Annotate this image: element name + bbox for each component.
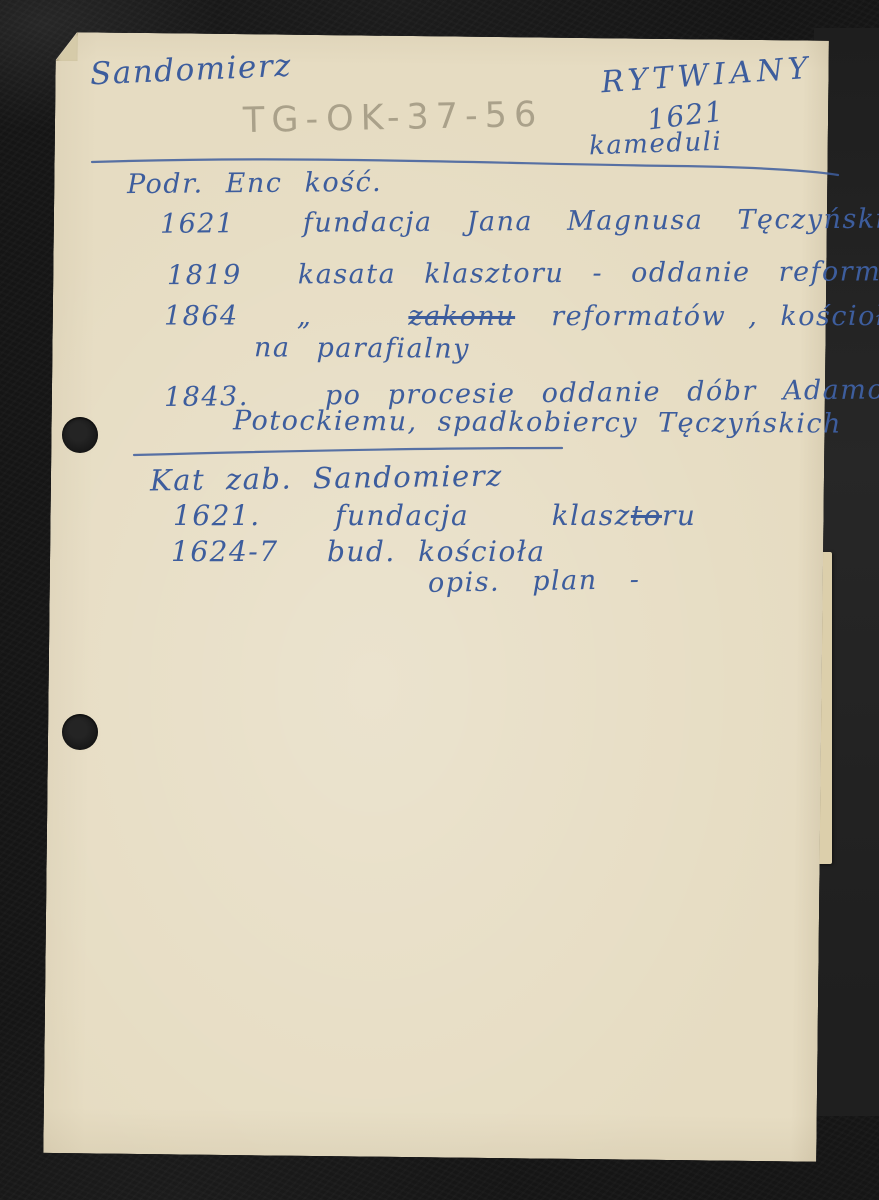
entry-text: fundacja (335, 499, 469, 532)
entry-kat-1621: 1621. fundacja klasztoru (173, 499, 696, 532)
header-rule (86, 152, 848, 184)
hole-punch-top (62, 417, 98, 453)
entry-year: 1819 (167, 260, 242, 291)
source-reference-kat: Kat zab. Sandomierz (150, 459, 503, 498)
place-title: RYTWIANY (600, 51, 814, 101)
catalog-stamp: TG-OK-37-56 (243, 95, 544, 141)
entry-text: fundacja Jana Magnusa Tęczyńskiego (303, 203, 879, 238)
ditto-mark: „ (297, 301, 313, 332)
entry-text: kasata klasztoru - oddanie reformatom (298, 256, 879, 290)
section-rule (130, 443, 568, 461)
entry-year: 1624-7 (171, 535, 279, 568)
entry-year: 1621 (160, 208, 235, 240)
handwriting-layer: Sandomierz TG-OK-37-56 RYTWIANY 1621 kam… (0, 0, 879, 1200)
entry-kat-note: opis. plan - (428, 564, 641, 599)
entry-kat-1624: 1624-7 bud. kościoła (171, 535, 546, 568)
hole-punch-bottom (62, 714, 98, 750)
entry-word-end: ru (662, 499, 696, 532)
entry-word: klasz (552, 499, 631, 532)
entry-year: 1864 (164, 301, 239, 332)
entry-text: reformatów , kościoł (551, 301, 879, 332)
entry-year: 1621. (173, 499, 261, 532)
city-title: Sandomierz (89, 48, 292, 93)
entry-1843-continuation: Potockiemu, spadkobiercy Tęczyńskich (233, 405, 842, 439)
struck-letters: to (631, 499, 662, 532)
struck-word: zakonu (408, 301, 515, 332)
entry-1864: 1864 „ zakonu reformatów , kościoł (164, 301, 879, 332)
entry-text: bud. kościoła (327, 535, 546, 568)
entry-1819: 1819 kasata klasztoru - oddanie reformat… (167, 256, 879, 291)
entry-1864-continuation: na parafialny (254, 332, 470, 365)
entry-1621: 1621 fundacja Jana Magnusa Tęczyńskiego (160, 203, 879, 239)
